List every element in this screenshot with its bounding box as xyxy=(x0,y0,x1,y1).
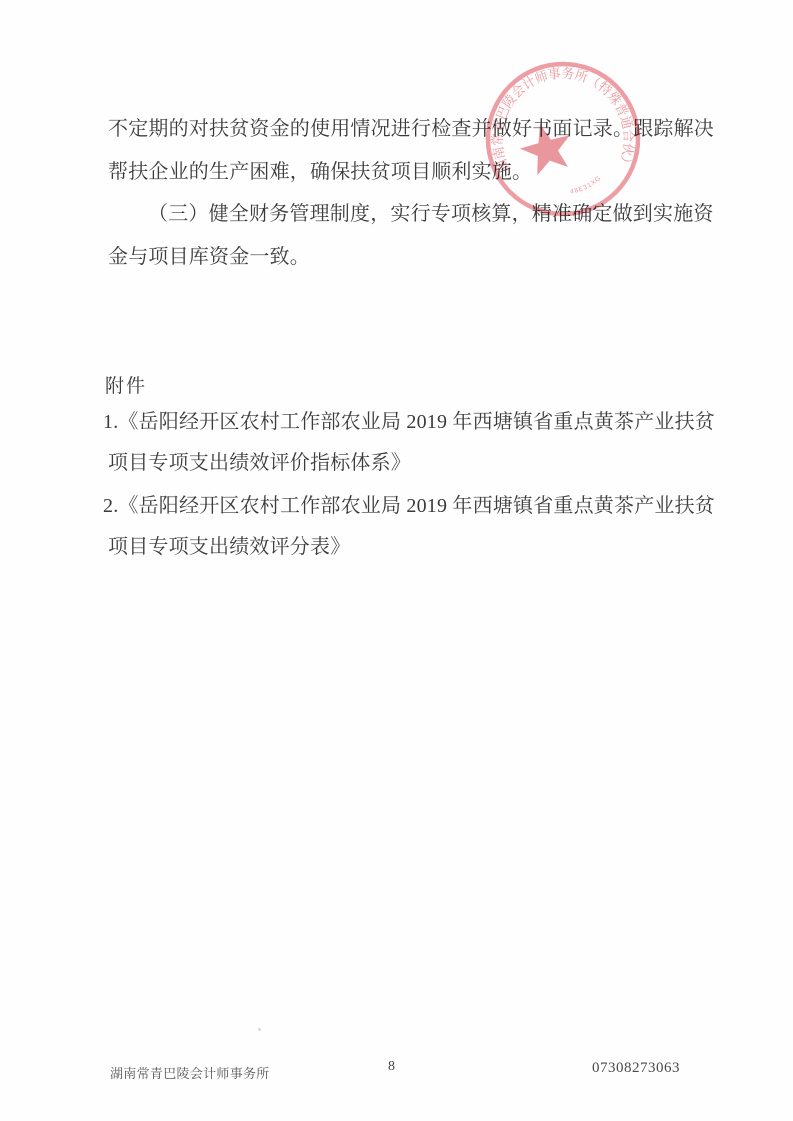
body-paragraph1-line2: 帮扶企业的生产困难，确保扶贫项目顺利实施。 xyxy=(108,161,718,183)
attachment-item1-line1: 1.《岳阳经开区农村工作部农业局 2019 年西塘镇省重点黄茶产业扶贫 xyxy=(103,411,713,433)
attachments-heading: 附件 xyxy=(105,371,147,398)
body-paragraph1-line1: 不定期的对扶贫资金的使用情况进行检查并做好书面记录。跟踪解决 xyxy=(108,118,718,140)
footer-contact-number: 07308273063 xyxy=(592,1060,680,1077)
body-paragraph2-line2: 金与项目库资金一致。 xyxy=(108,246,718,268)
attachment-item1-line2: 项目专项支出绩效评价指标体系》 xyxy=(108,452,718,474)
attachment-item2-line2: 项目专项支出绩效评分表》 xyxy=(108,536,718,558)
document-page: 不定期的对扶贫资金的使用情况进行检查并做好书面记录。跟踪解决 帮扶企业的生产困难… xyxy=(0,0,793,1121)
body-paragraph2-line1: （三）健全财务管理制度，实行专项核算，精准确定做到实施资 xyxy=(148,203,758,225)
scan-speck xyxy=(258,1028,261,1031)
footer-firm-name: 湖南常青巴陵会计师事务所 xyxy=(110,1063,270,1082)
attachment-item2-line1: 2.《岳阳经开区农村工作部农业局 2019 年西塘镇省重点黄茶产业扶贫 xyxy=(103,495,713,517)
footer-page-number: 8 xyxy=(388,1059,395,1075)
